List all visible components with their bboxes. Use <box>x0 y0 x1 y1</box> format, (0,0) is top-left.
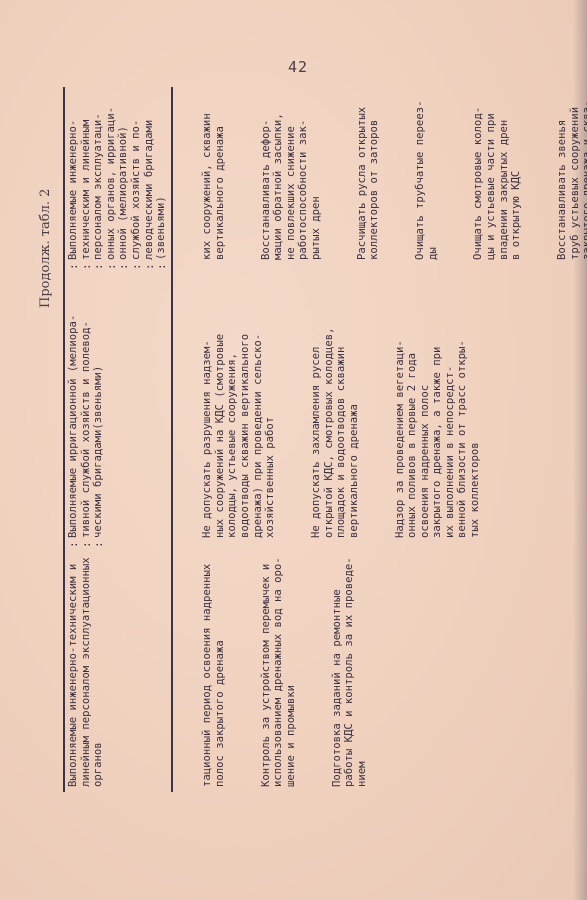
table-cell: Не допускать разрушения надзем- ных соор… <box>201 272 277 538</box>
table-cell: Восстанавливать дефор- мации обратной за… <box>260 84 323 260</box>
header-column-2: Выполняемые ирригационной (мелиора- тивн… <box>67 272 105 538</box>
continuation-label: Продолж. табл. 2 <box>38 189 53 308</box>
table-cell: тационный период освоения надренных поло… <box>201 551 226 787</box>
body-column-1: тационный период освоения надренных поло… <box>176 551 402 787</box>
table-cell: Расчищать русла открытых коллекторов от … <box>356 84 381 260</box>
table-cell: Очищать трубчатые переез- ды <box>414 84 439 260</box>
body-column-2: Не допускать разрушения надзем- ных соор… <box>176 272 515 538</box>
table-cell: Подготовка заданий на ремонтные работы К… <box>331 551 369 787</box>
header-separator-1: : : : <box>68 541 106 548</box>
body-column-3: ких сооружений, скважин вертикального др… <box>176 84 587 260</box>
table-cell: Восстанавливать звенья труб устьевых соо… <box>556 84 587 260</box>
table-cell: Очищать смотровые колод- цы и устьевые ч… <box>472 84 522 260</box>
table-cell: Надзор за проведением вегетаци- онных по… <box>394 272 482 538</box>
rotated-table-frame: Продолж. табл. 2 Выполняемые инженерно-т… <box>0 0 587 900</box>
table-cell: ких сооружений, скважин вертикального др… <box>201 84 226 260</box>
header-column-3: Выполняемые инженерно- техническим и лин… <box>67 84 168 260</box>
table-header-rule <box>171 87 173 792</box>
header-separator-2: : : : : : : : : <box>68 263 169 270</box>
header-column-1: Выполняемые инженерно-техническим и лине… <box>67 551 105 787</box>
table-cell: Контроль за устройством перемычек и испо… <box>260 551 298 787</box>
table-top-rule <box>63 87 65 792</box>
table-cell: Не допускать захламления русел открытой … <box>310 272 360 538</box>
